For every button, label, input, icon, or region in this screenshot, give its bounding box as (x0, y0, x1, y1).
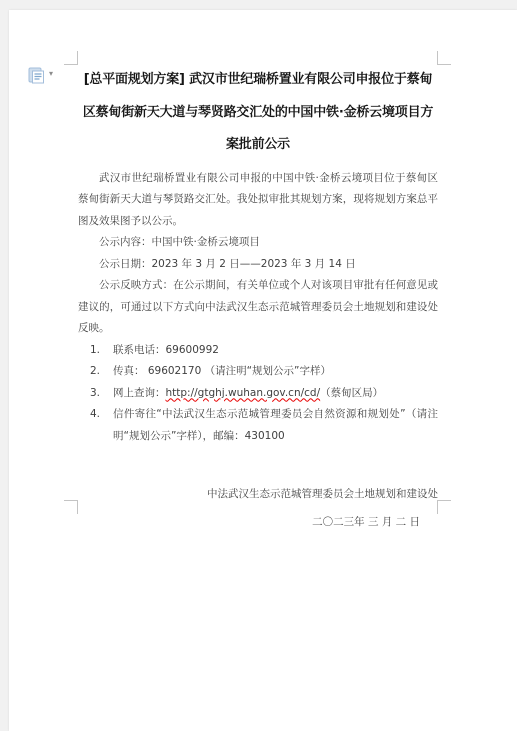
document-content: [总平面规划方案] 武汉市世纪瑞桥置业有限公司申报位于蔡甸区蔡甸街新天大道与琴贤… (78, 64, 438, 536)
list-item: 4.信件寄往“中法武汉生态示范城管理委员会自然资源和规划处”（请注明“规划公示”… (90, 404, 438, 447)
list-number: 1. (90, 340, 113, 362)
dropdown-arrow-icon[interactable]: ▾ (49, 70, 53, 78)
document-page: ▾ [总平面规划方案] 武汉市世纪瑞桥置业有限公司申报位于蔡甸区蔡甸街新天大道与… (9, 10, 517, 731)
list-item: 3.网上查询：http://gtghj.wuhan.gov.cn/cd/（蔡甸区… (90, 383, 438, 405)
contact-list: 1.联系电话：696009922.传真： 69602170 （请注明“规划公示”… (90, 340, 438, 448)
list-text: 信件寄往“中法武汉生态示范城管理委员会自然资源和规划处”（请注明“规划公示”字样… (113, 404, 438, 447)
paragraph-group: 武汉市世纪瑞桥置业有限公司申报的中国中铁·金桥云境项目位于蔡甸区蔡甸街新天大道与… (78, 168, 438, 340)
list-number: 4. (90, 404, 113, 447)
list-text: 网上查询：http://gtghj.wuhan.gov.cn/cd/（蔡甸区局） (113, 383, 438, 405)
document-title: [总平面规划方案] 武汉市世纪瑞桥置业有限公司申报位于蔡甸区蔡甸街新天大道与琴贤… (78, 64, 438, 162)
text-boundary-mark-bottom-right (437, 500, 451, 514)
list-item: 1.联系电话：69600992 (90, 340, 438, 362)
signature-org: 中法武汉生态示范城管理委员会土地规划和建设处 (78, 480, 438, 508)
paragraph: 公示反映方式：在公示期间，有关单位或个人对该项目审批有任何意见或建议的，可通过以… (78, 275, 438, 340)
text-boundary-mark-top-left (64, 51, 78, 65)
text-boundary-mark-top-right (437, 51, 451, 65)
url-link[interactable]: http://gtghj.wuhan.gov.cn/cd/ (166, 387, 321, 399)
document-body: 武汉市世纪瑞桥置业有限公司申报的中国中铁·金桥云境项目位于蔡甸区蔡甸街新天大道与… (78, 168, 438, 537)
list-item: 2.传真： 69602170 （请注明“规划公示”字样） (90, 361, 438, 383)
paragraph: 公示日期：2023 年 3 月 2 日——2023 年 3 月 14 日 (78, 254, 438, 276)
signature-date: 二〇二三年 三 月 二 日 (78, 508, 438, 536)
list-number: 3. (90, 383, 113, 405)
paste-options-button[interactable]: ▾ (28, 66, 53, 88)
paragraph: 公示内容：中国中铁·金桥云境项目 (78, 232, 438, 254)
list-text: 联系电话：69600992 (113, 340, 438, 362)
text-boundary-mark-bottom-left (64, 500, 78, 514)
paste-options-icon (28, 66, 45, 88)
paragraph: 武汉市世纪瑞桥置业有限公司申报的中国中铁·金桥云境项目位于蔡甸区蔡甸街新天大道与… (78, 168, 438, 233)
list-number: 2. (90, 361, 113, 383)
signature-block: 中法武汉生态示范城管理委员会土地规划和建设处 二〇二三年 三 月 二 日 (78, 480, 438, 536)
list-text: 传真： 69602170 （请注明“规划公示”字样） (113, 361, 438, 383)
